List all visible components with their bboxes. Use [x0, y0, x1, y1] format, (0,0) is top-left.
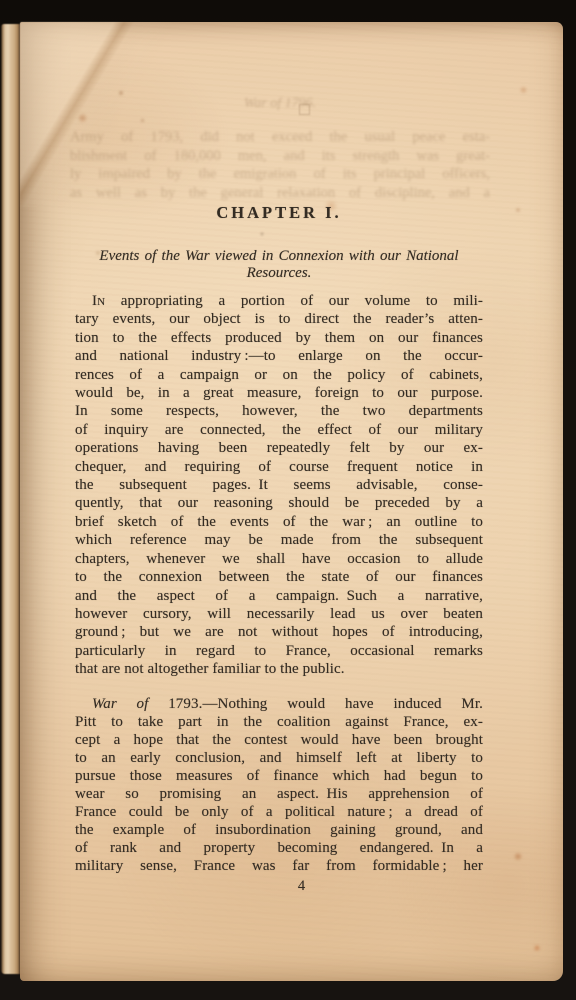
show-through-header: War of 1796.: [70, 96, 490, 112]
text-line: to the connexion between the state of ou…: [75, 568, 483, 586]
text-line: In some respects, however, the two depar…: [75, 402, 483, 420]
foxing-spot: [77, 113, 88, 123]
text-line: of rank and property becoming endangered…: [75, 839, 483, 857]
page-corner-fold: [20, 22, 170, 207]
text-line: Pitt to take part in the coalition again…: [75, 713, 483, 731]
foxing-spot: [260, 232, 264, 236]
text-line: chequer, and requiring of course frequen…: [75, 458, 483, 476]
text-line: blishment of 180,000 men, and its streng…: [70, 147, 490, 166]
text-line: the example of insubordination gaining g…: [75, 821, 483, 839]
text-line: tary events, our object is to direct the…: [75, 310, 483, 328]
foxing-spot: [519, 86, 528, 94]
chapter-heading: CHAPTER I.: [75, 203, 483, 223]
subtitle-line: Events of the War viewed in Connexion wi…: [69, 248, 489, 265]
chapter-subtitle: Events of the War viewed in Connexion wi…: [69, 248, 489, 281]
text-line: would be, in a great measure, foreign to…: [75, 384, 483, 402]
paragraph-introduction: In appropriating a portion of our volume…: [75, 292, 483, 679]
text-line: of inquiry are connected, the effect of …: [75, 421, 483, 439]
show-through-stamp: [299, 104, 310, 115]
text-line: to an early conclusion, and himself left…: [75, 749, 483, 767]
text-line: War of 1793.—Nothing would have induced …: [75, 695, 483, 713]
text-line: rences of a campaign or on the policy of…: [75, 366, 483, 384]
photo-backdrop: War of 1796. Army of 1793, did not excee…: [0, 0, 576, 1000]
text-line: and national industry :—to enlarge on th…: [75, 347, 483, 365]
text-line: pursue those measures of finance which h…: [75, 767, 483, 785]
foxing-spot: [140, 118, 145, 123]
text-line: particularly in regard to France, occasi…: [75, 642, 483, 660]
text-line: wear so promising an aspect. His apprehe…: [75, 785, 483, 803]
paragraph-war-of-1793: War of 1793.—Nothing would have induced …: [75, 695, 483, 875]
foxing-spot: [515, 207, 521, 213]
foxing-spot: [533, 944, 541, 952]
book-page-edges: [1, 24, 21, 974]
text-line: cept a hope that the contest would have …: [75, 731, 483, 749]
text-line: In appropriating a portion of our volume…: [75, 292, 483, 310]
text-line: as well as by the general relaxation of …: [70, 184, 490, 203]
text-line: Army of 1793, did not exceed the usual p…: [70, 128, 490, 147]
text-line: brief sketch of the events of the war ; …: [75, 513, 483, 531]
text-line: and the aspect of a campaign. Such a nar…: [75, 587, 483, 605]
text-line: military sense, France was far from form…: [75, 857, 483, 875]
text-line: ly impaired by the emigration of its pri…: [70, 165, 490, 184]
text-line: however cursory, will necessarily lead u…: [75, 605, 483, 623]
text-line: the subsequent pages. It seems advisable…: [75, 476, 483, 494]
text-line: that are not altogether familiar to the …: [75, 660, 483, 678]
page-number: 4: [75, 878, 483, 895]
text-line: France could be only of a political natu…: [75, 803, 483, 821]
text-line: operations having been repeatedly felt b…: [75, 439, 483, 457]
text-line: which reference may be made from the sub…: [75, 531, 483, 549]
text-line: tion to the effects produced by them on …: [75, 329, 483, 347]
book-page: War of 1796. Army of 1793, did not excee…: [20, 22, 563, 981]
foxing-spot: [118, 90, 124, 96]
show-through-text: War of 1796. Army of 1793, did not excee…: [70, 96, 490, 202]
text-line: ground ; but we are not without hopes of…: [75, 623, 483, 641]
text-line: chapters, whenever we shall have occasio…: [75, 550, 483, 568]
show-through-lines: Army of 1793, did not exceed the usual p…: [70, 128, 490, 202]
foxing-spot: [513, 852, 523, 861]
text-line: quently, that our reasoning should be pr…: [75, 494, 483, 512]
subtitle-line: Resources.: [69, 265, 489, 282]
